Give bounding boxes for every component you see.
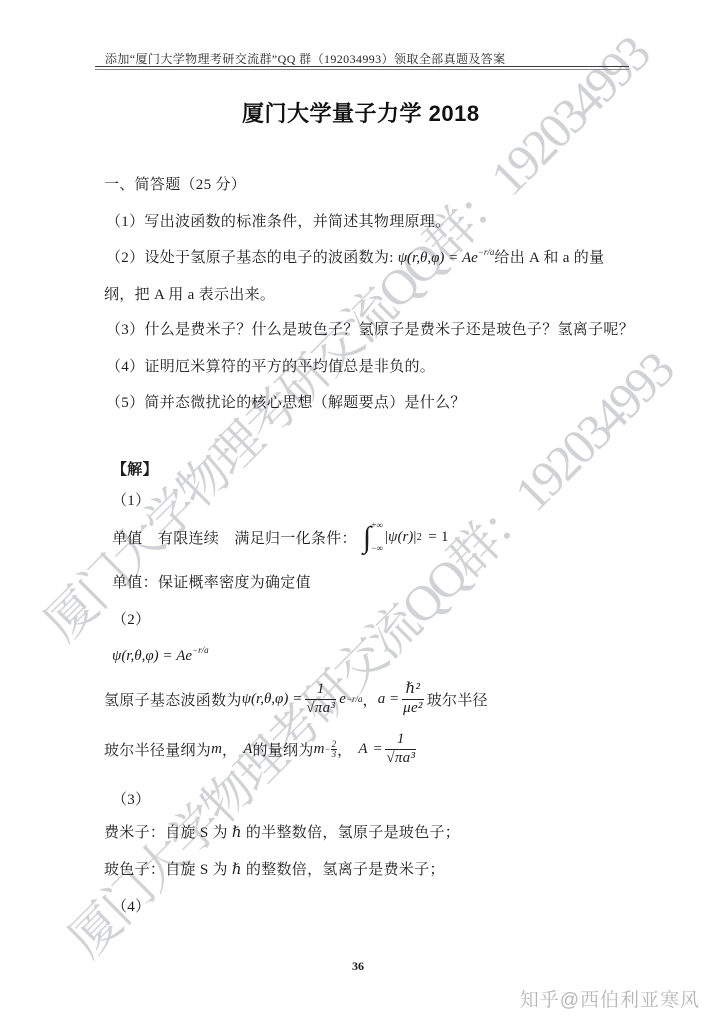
A-symbol: A	[243, 741, 252, 758]
solution-normalization-line: 单值 有限连续 满足归一化条件： ∫ +∞ −∞ |ψ(r)|2 = 1	[112, 520, 449, 554]
comma-1: ，	[222, 739, 237, 760]
A-symbol-2: A	[358, 741, 367, 758]
boson-definition: 玻色子：自旋 S 为 ℏ 的整数倍，氢离子是费米子；	[104, 858, 445, 879]
question-1: （1）写出波函数的标准条件，并简述其物理原理。	[106, 210, 450, 231]
zhihu-credit-watermark: 知乎@西伯利亚寒风	[520, 985, 700, 1012]
comma: ，	[362, 689, 377, 710]
bohr-radius-fraction: ℏ² μe²	[402, 681, 424, 717]
question-2-text-pre: （2）设处于氢原子基态的电子的波函数为:	[106, 250, 398, 266]
normalization-conditions-text: 单值 有限连续 满足归一化条件：	[112, 527, 357, 548]
integral-symbol: ∫ +∞ −∞	[363, 521, 383, 553]
question-4: （4）证明厄米算符的平方的平均值总是非负的。	[106, 355, 435, 376]
integral-upper-limit: +∞	[371, 521, 383, 530]
normalization-fraction: 1 √πa³	[305, 681, 336, 717]
integral-body: ψ(r)	[388, 529, 413, 546]
A-value-fraction: 1 √πa³	[385, 731, 416, 767]
question-2-formula-exponent: −r/a	[478, 247, 495, 257]
solution-part-3-heading: （3）	[112, 788, 150, 809]
question-2-line-1: （2）设处于氢原子基态的电子的波函数为: ψ(r,θ,φ) = Ae−r/a给出…	[106, 246, 604, 267]
meter-symbol: m	[211, 741, 222, 758]
comma-2: ，	[337, 739, 352, 760]
question-3: （3）什么是费米子？什么是玻色子？氢原子是费米子还是玻色子？氢离子呢？	[106, 318, 634, 339]
question-5: （5）简并态微扰论的核心思想（解题要点）是什么？	[106, 391, 466, 412]
radicand: πa³	[395, 749, 415, 766]
page-header-text: 添加“厦门大学物理考研交流群”QQ 群（192034993）领取全部真题及答案	[105, 50, 506, 67]
page-title: 厦门大学量子力学 2018	[242, 97, 480, 128]
ground-state-wavefunction-line: 氢原子基态波函数为 ψ(r,θ,φ) = 1 √πa³ e−r/a ， a = …	[104, 678, 488, 720]
equals-sign: =	[374, 741, 383, 758]
section-heading: 一、简答题（25 分）	[104, 173, 246, 194]
solution-single-value-note: 单值：保证概率密度为确定值	[112, 571, 311, 592]
dimension-text-2: 的量纲为	[252, 739, 313, 760]
header-divider	[95, 66, 629, 70]
dimension-line: 玻尔半径量纲为 m ， A 的量纲为 m−23 ， A = 1 √πa³	[104, 729, 419, 769]
bohr-radius-text: 玻尔半径	[427, 689, 488, 710]
solution-part-4-heading: （4）	[112, 895, 150, 916]
question-2-text-post: 给出 A 和 a 的量	[494, 250, 604, 266]
wavefunction-formula: ψ(r,θ,φ) = Ae−r/a	[112, 645, 209, 665]
fermion-definition: 费米子：自旋 S 为 ℏ 的半整数倍，氢原子是玻色子；	[104, 821, 460, 842]
meter-exponent-fraction: −23	[324, 740, 337, 759]
dimension-text-1: 玻尔半径量纲为	[104, 739, 211, 760]
wavefunction-exponent: −r/a	[192, 645, 209, 655]
integral-exponent: 2	[417, 532, 423, 543]
document-page: 厦门大学物理考研交流QQ群：192034993 厦门大学物理考研交流QQ群：19…	[0, 0, 724, 1024]
solution-part-1-heading: （1）	[112, 489, 150, 510]
meter-symbol-2: m	[314, 741, 325, 758]
integral-rhs: = 1	[428, 529, 449, 546]
psi-lhs: ψ(r,θ,φ) =	[242, 691, 303, 708]
exp-base: e	[339, 691, 346, 708]
question-2-line-2: 纲，把 A 用 a 表示出来。	[104, 283, 275, 304]
page-number: 36	[0, 959, 716, 974]
bohr-radius-lhs: a =	[378, 691, 399, 708]
ground-state-text: 氢原子基态波函数为	[104, 689, 242, 710]
solution-part-2-heading: （2）	[112, 608, 150, 629]
sqrt-sign: √	[306, 700, 315, 716]
solution-label: 【解】	[112, 458, 158, 479]
sqrt-sign: √	[386, 750, 395, 766]
integral-lower-limit: −∞	[371, 544, 383, 553]
radicand: πa³	[315, 699, 335, 716]
question-2-formula: ψ(r,θ,φ) = Ae	[398, 250, 478, 266]
exp-exponent: −r/a	[346, 694, 363, 704]
